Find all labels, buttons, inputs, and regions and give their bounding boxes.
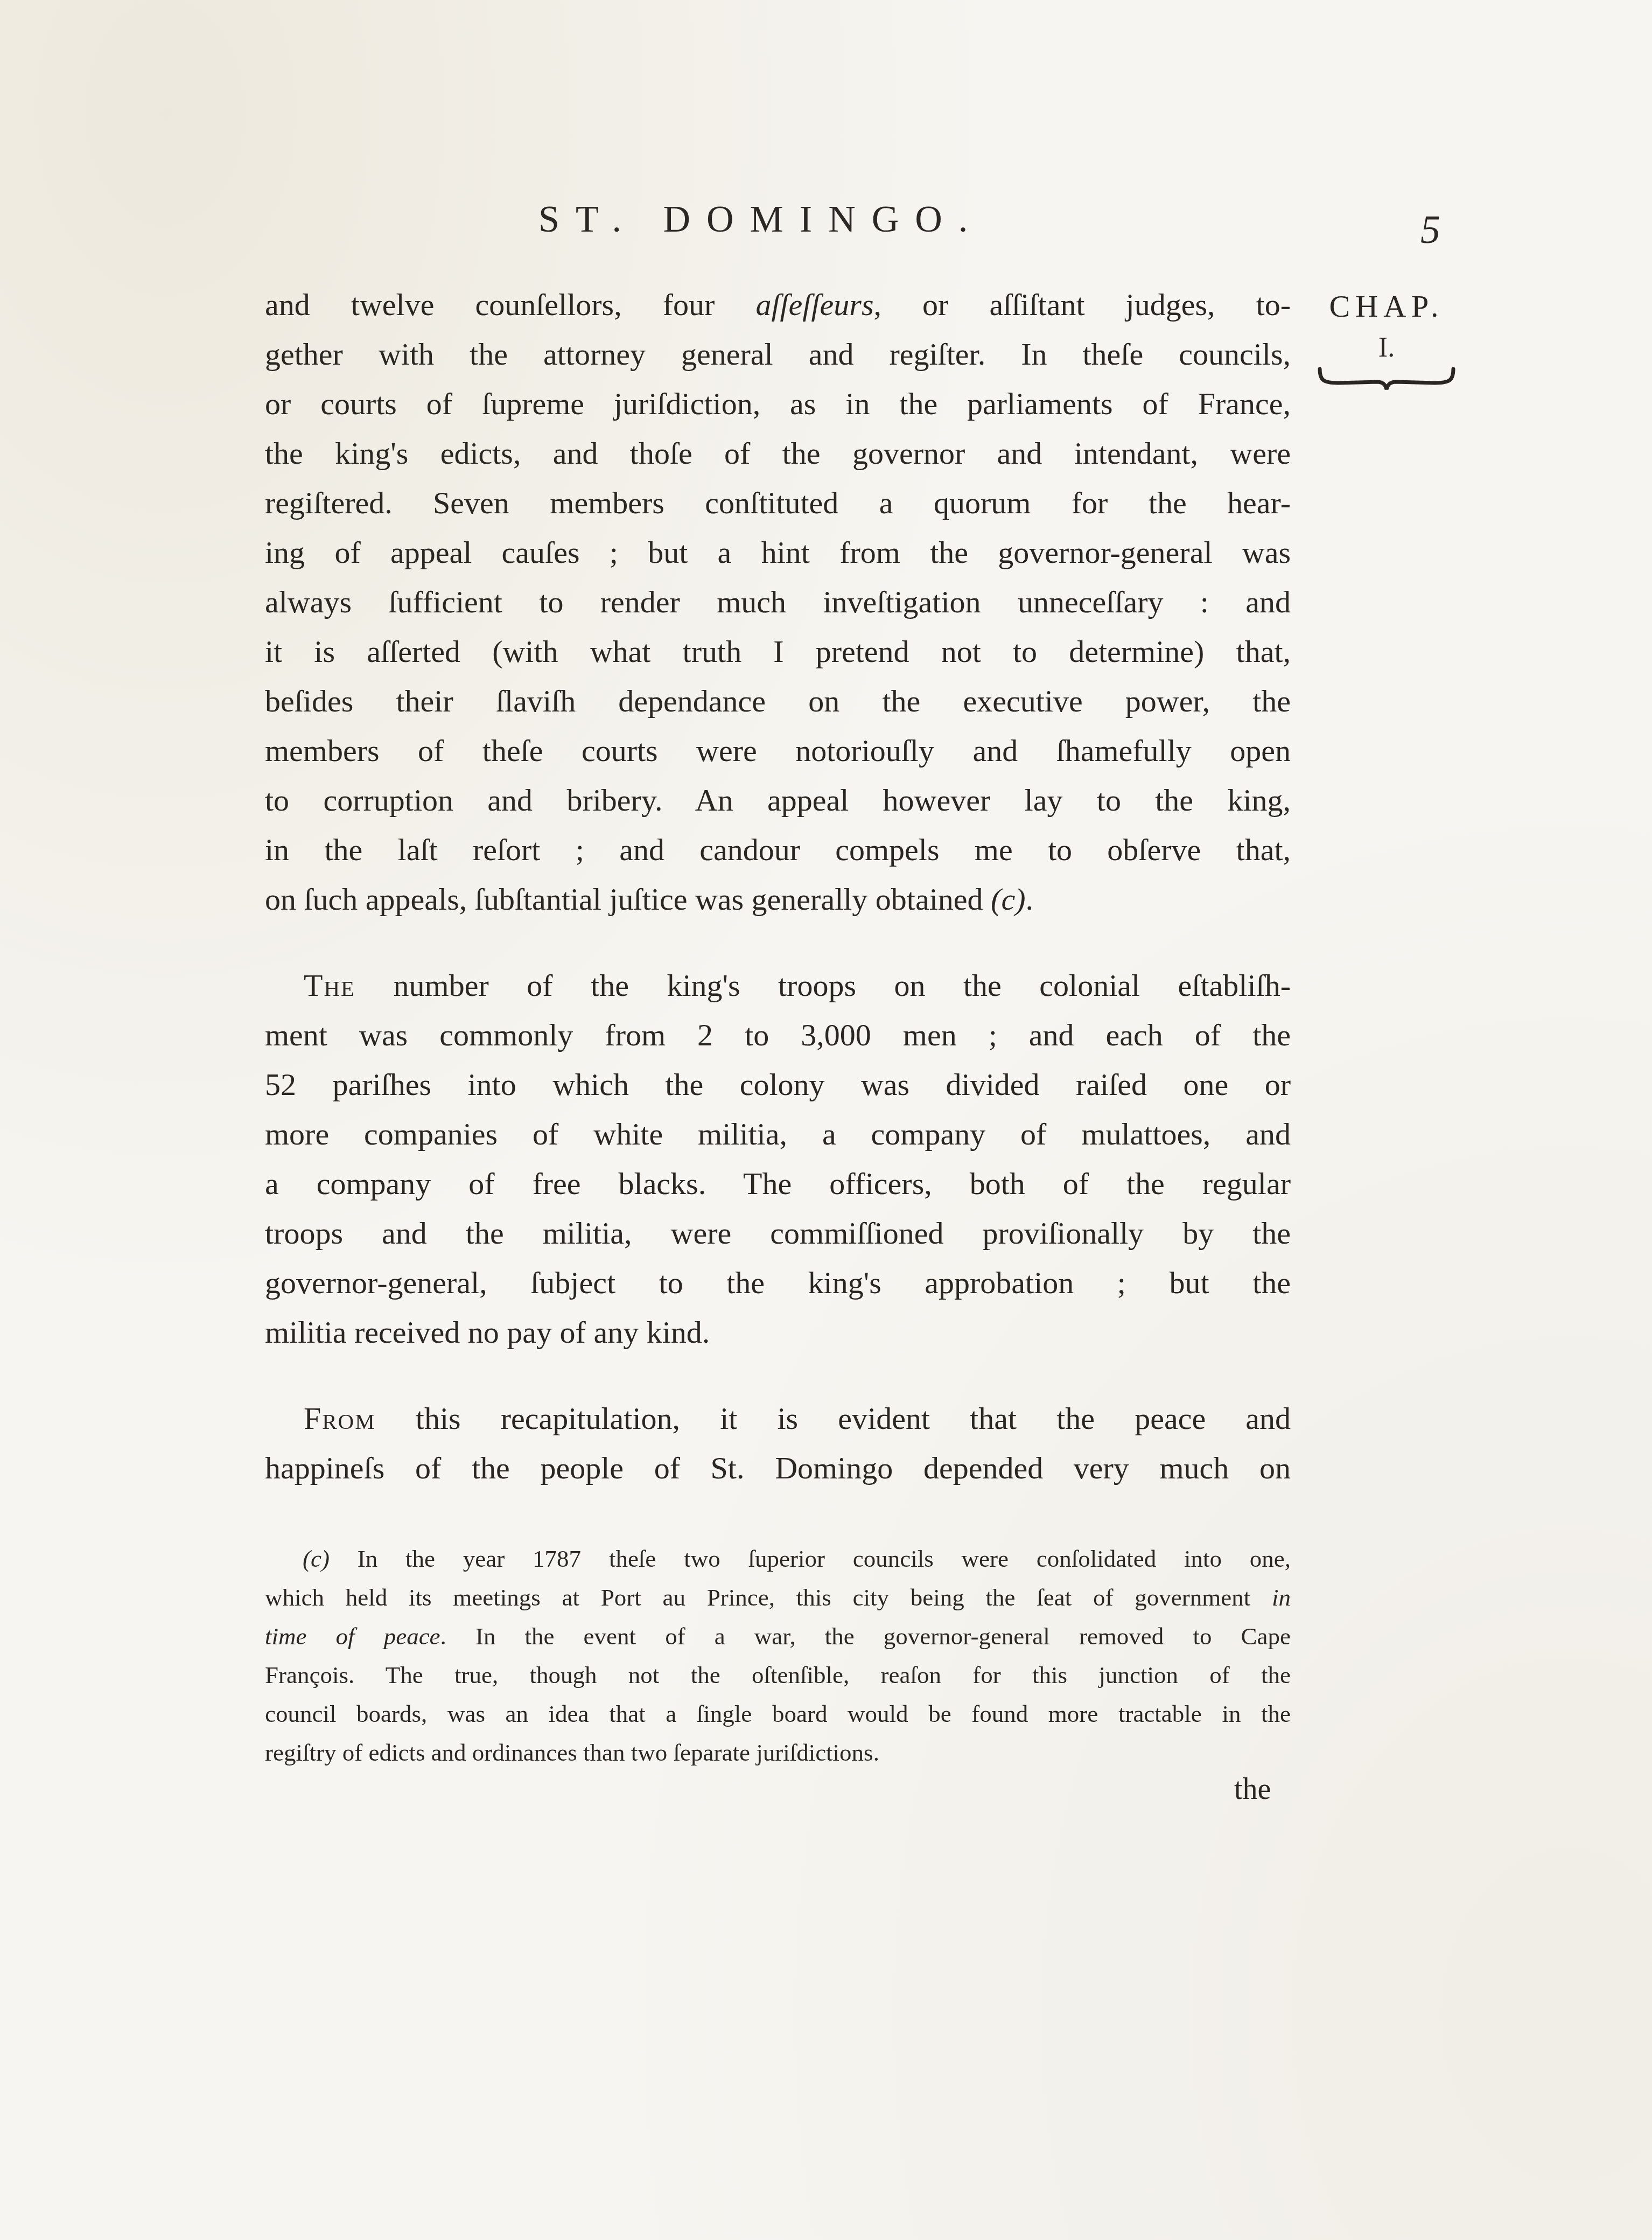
- footnote-line: which held its meetings at Port au Princ…: [265, 1578, 1291, 1617]
- text-line: or courts of ſupreme juriſdiction, as in…: [265, 379, 1291, 429]
- text-line: a company of free blacks. The officers, …: [265, 1159, 1291, 1209]
- paragraph-3: From this recapitulation, it is evident …: [265, 1394, 1291, 1493]
- footnote-line: council boards, was an idea that a ſingl…: [265, 1694, 1291, 1733]
- text-line: gether with the attorney general and reg…: [265, 330, 1291, 379]
- small-caps-lead: The: [304, 968, 355, 1003]
- running-title: ST. DOMINGO.: [538, 198, 984, 241]
- footnote-line: (c) In the year 1787 theſe two ſuperior …: [265, 1539, 1291, 1578]
- page-number: 5: [1420, 207, 1440, 253]
- catchword: the: [1234, 1772, 1271, 1806]
- chapter-label: CHAP.: [1314, 288, 1459, 324]
- text-line: more companies of white militia, a compa…: [265, 1109, 1291, 1159]
- book-page: ST. DOMINGO. 5 CHAP. I. and twelve counſ…: [0, 0, 1652, 2240]
- footnote-line: regiſtry of edicts and ordinances than t…: [265, 1733, 1291, 1772]
- text-line: The number of the king's troops on the c…: [265, 961, 1291, 1010]
- paragraph-1: and twelve counſellors, four aſſeſſeurs,…: [265, 280, 1291, 924]
- text-line: to corruption and bribery. An appeal how…: [265, 776, 1291, 825]
- footnote-reference[interactable]: (c): [991, 882, 1025, 917]
- text-line: 52 pariſhes into which the colony was di…: [265, 1060, 1291, 1109]
- text-line: From this recapitulation, it is evident …: [265, 1394, 1291, 1443]
- text-line: troops and the militia, were commiſſione…: [265, 1209, 1291, 1258]
- footnote-block: (c) In the year 1787 theſe two ſuperior …: [265, 1539, 1291, 1772]
- paragraph-gap: [265, 924, 1291, 961]
- text-line: the king's edicts, and thoſe of the gove…: [265, 429, 1291, 478]
- text-line: it is aſſerted (with what truth I preten…: [265, 627, 1291, 676]
- paragraph-gap: [265, 1357, 1291, 1394]
- footnote-line: time of peace. In the event of a war, th…: [265, 1617, 1291, 1656]
- text-line: militia received no pay of any kind.: [265, 1308, 1291, 1357]
- text-line: and twelve counſellors, four aſſeſſeurs,…: [265, 280, 1291, 330]
- brace-icon: [1317, 367, 1457, 394]
- text-line: ment was commonly from 2 to 3,000 men ; …: [265, 1010, 1291, 1060]
- text-line: members of theſe courts were notoriouſly…: [265, 726, 1291, 776]
- chapter-number: I.: [1314, 332, 1459, 364]
- text-line: always ſufficient to render much inveſti…: [265, 577, 1291, 627]
- text-line: in the laſt reſort ; and candour compels…: [265, 825, 1291, 875]
- footnote-line: François. The true, though not the oſten…: [265, 1656, 1291, 1694]
- main-text: and twelve counſellors, four aſſeſſeurs,…: [265, 280, 1291, 1493]
- text-line: happineſs of the people of St. Domingo d…: [265, 1443, 1291, 1493]
- text-line: regiſtered. Seven members conſtituted a …: [265, 478, 1291, 528]
- footnote-marker: (c): [303, 1545, 330, 1572]
- chapter-margin-note: CHAP. I.: [1314, 288, 1459, 394]
- paragraph-2: The number of the king's troops on the c…: [265, 961, 1291, 1357]
- small-caps-lead: From: [304, 1401, 376, 1436]
- text-line: ing of appeal cauſes ; but a hint from t…: [265, 528, 1291, 577]
- text-line: on ſuch appeals, ſubſtantial juſtice was…: [265, 875, 1291, 924]
- text-line: beſides their ſlaviſh dependance on the …: [265, 676, 1291, 726]
- text-line: governor-general, ſubject to the king's …: [265, 1258, 1291, 1308]
